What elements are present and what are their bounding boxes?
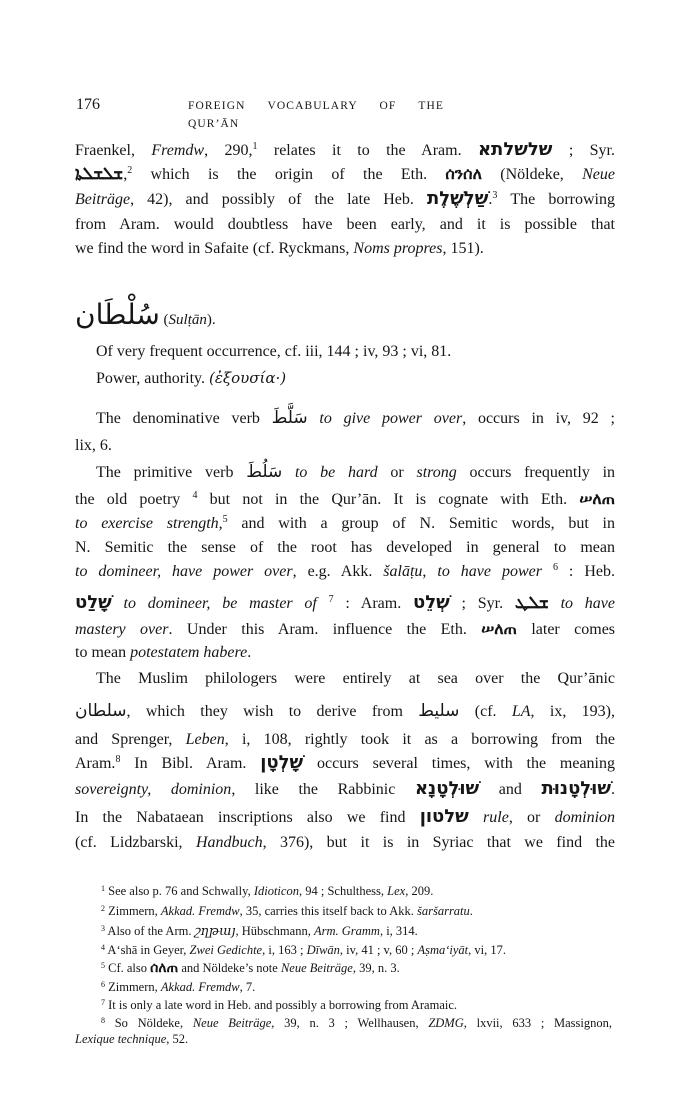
body-line: Of very frequent occurrence, cf. iii, 14… — [96, 341, 615, 363]
italic-text: Aṣma‘iyāt — [417, 943, 468, 957]
text-segment: or — [378, 464, 417, 481]
text-segment: . — [247, 644, 251, 661]
text-segment: The Muslim philologers were entirely at … — [96, 670, 615, 687]
text-segment: : Heb. — [558, 563, 615, 580]
text-segment — [549, 595, 561, 612]
footnote: 7 It is only a late word in Heb. and pos… — [101, 996, 612, 1014]
text-segment: In the Nabataean inscriptions also we fi… — [75, 809, 420, 826]
body-line: lix, 6. — [75, 435, 615, 457]
text-segment: , 376), but it is in Syriac that we find… — [263, 834, 615, 851]
footnote-ref: 4 — [192, 490, 197, 501]
italic-text: ZDMG — [428, 1016, 463, 1030]
italic-text: potestatem habere — [130, 644, 247, 661]
italic-text: sovereignty, dominion — [75, 781, 231, 798]
text-segment: N. Semitic the sense of the root has dev… — [75, 539, 615, 556]
text-segment: occurs several times, with the meaning — [303, 755, 615, 772]
footnote-ref: 1 — [252, 141, 257, 152]
arabic-word: سليط — [418, 701, 459, 721]
text-segment: lix, 6. — [75, 437, 112, 454]
hebrew-word: שַׁלְשֶׁלֶת — [427, 188, 488, 209]
footnote-number: 7 — [101, 998, 105, 1007]
greek-word: (ἐξουσία·) — [209, 369, 286, 387]
text-segment: , 39, n. 3. — [353, 961, 400, 975]
text-segment: which is the origin of the Eth. — [132, 166, 445, 183]
italic-text: Akkad. Fremdw — [161, 980, 240, 994]
text-segment — [112, 595, 124, 612]
footnote-number: 6 — [101, 980, 105, 989]
footnote-number: 8 — [101, 1016, 105, 1025]
body-line: (cf. Lidzbarski, Handbuch, 376), but it … — [75, 832, 615, 854]
arabic-word: سلطان — [75, 701, 126, 721]
body-line: Aram.8 In Bibl. Aram. שָׁלְטָן occurs se… — [75, 753, 615, 775]
text-segment: , 94 ; Schulthess, — [299, 884, 387, 898]
body-line: שָׁלַט to domineer, be master of 7 : Ara… — [75, 593, 615, 615]
body-line: Beiträge, 42), and possibly of the late … — [75, 189, 615, 211]
page-number: 176 — [76, 95, 100, 115]
text-segment: , 39, n. 3 ; Wellhausen, — [271, 1016, 428, 1030]
italic-text: Beiträge — [75, 191, 130, 208]
text-segment — [308, 410, 320, 427]
italic-text: strong — [417, 464, 457, 481]
footnote-ref: 2 — [127, 165, 132, 176]
body-line: Power, authority. (ἐξουσία·) — [96, 367, 615, 389]
text-segment: . Under this Aram. influence the Eth. — [169, 621, 482, 638]
text-segment: , i, 314. — [380, 924, 418, 938]
text-segment: , i, 163 ; — [262, 943, 306, 957]
hebrew-word: שׁוּלְטָנוּת — [541, 778, 611, 799]
text-segment: ( — [160, 312, 169, 328]
italic-text: LA — [512, 703, 531, 720]
italic-text: Neue Beiträge — [281, 961, 353, 975]
footnote-number: 4 — [101, 943, 105, 952]
italic-text: Fremdw — [151, 142, 204, 159]
text-segment: we find the word in Safaite (cf. Ryckman… — [75, 240, 353, 257]
text-segment: It is only a late word in Heb. and possi… — [105, 998, 457, 1012]
body-line: the old poetry 4 but not in the Qur’ān. … — [75, 489, 615, 511]
body-line: from Aram. would doubtless have been ear… — [75, 214, 615, 236]
text-segment: , ix, 193), — [531, 703, 615, 720]
hebrew-word: שָׁלַט — [75, 592, 112, 613]
body-line: ܫܠܫܠܬܐ,2 which is the origin of the Eth.… — [75, 164, 615, 186]
footnote-ref: 3 — [492, 190, 497, 201]
footnote: 3 Also of the Arm. շղթայ, Hübschmann, Ar… — [101, 922, 612, 940]
text-segment: Of very frequent occurrence, cf. iii, 14… — [96, 343, 451, 360]
text-segment: Aram. — [75, 755, 115, 772]
footnote: 2 Zimmern, Akkad. Fremdw, 35, carries th… — [101, 902, 612, 920]
syriac-word: ܫܠܫܠܬܐ — [75, 164, 123, 184]
text-segment: Power, authority. — [96, 370, 209, 387]
body-line: to domineer, have power over, e.g. Akk. … — [75, 561, 615, 583]
italic-text: to have — [561, 595, 615, 612]
footnote-number: 1 — [101, 884, 105, 893]
text-segment: , which they wish to derive from — [126, 703, 418, 720]
arabic-word: سَلَّطَ — [272, 408, 308, 428]
body-line: to exercise strength,5 and with a group … — [75, 513, 615, 535]
text-segment: (Nöldeke, — [482, 166, 582, 183]
text-segment: Zimmern, — [105, 904, 161, 918]
text-segment: and with a group of N. Semitic words, bu… — [228, 515, 615, 532]
italic-text: to have power — [437, 563, 553, 580]
running-head: FOREIGN VOCABULARY OF THE QUR’ĀN — [188, 97, 444, 133]
entry-heading: سُلْطَان (Sulṭān). — [75, 298, 216, 332]
body-line: we find the word in Safaite (cf. Ryckman… — [75, 238, 615, 260]
body-line: N. Semitic the sense of the root has dev… — [75, 537, 615, 559]
footnote-ref: 6 — [553, 562, 558, 573]
text-segment: later comes — [517, 621, 615, 638]
text-segment: So Nöldeke, — [105, 1016, 193, 1030]
italic-text: Lexique technique — [75, 1032, 166, 1046]
hebrew-word: שלטון — [420, 806, 469, 827]
italic-text: rule — [483, 809, 509, 826]
body-line: The Muslim philologers were entirely at … — [96, 668, 615, 690]
hebrew-word: שְׁלֵט — [413, 592, 450, 613]
footnote: 4 A‘shā in Geyer, Zwei Gedichte, i, 163 … — [101, 941, 612, 959]
text-segment: Zimmern, — [105, 980, 161, 994]
body-line: Fraenkel, Fremdw, 290,1 relates it to th… — [75, 140, 615, 162]
hebrew-word: שׁוּלְטָנָא — [415, 778, 479, 799]
arabic-word: سَلُطَ — [246, 462, 282, 482]
text-segment: Also of the Arm. — [105, 924, 195, 938]
text-segment — [469, 809, 483, 826]
text-segment: Cf. also — [105, 961, 150, 975]
text-segment: from Aram. would doubtless have been ear… — [75, 216, 615, 233]
text-segment: ). — [207, 312, 216, 328]
body-line: The primitive verb سَلُطَ to be hard or … — [96, 462, 615, 484]
text-segment — [282, 464, 295, 481]
text-segment: , i, 108, rightly took it as a borrowing… — [225, 731, 615, 748]
text-segment: : Aram. — [334, 595, 413, 612]
text-segment: and Sprenger, — [75, 731, 186, 748]
text-segment: . — [611, 781, 615, 798]
text-segment: , e.g. Akk. — [293, 563, 384, 580]
text-segment: The primitive verb — [96, 464, 246, 481]
italic-text: šaršarratu — [417, 904, 470, 918]
arabic-headword: سُلْطَان — [75, 298, 160, 331]
footnote: 6 Zimmern, Akkad. Fremdw, 7. — [101, 978, 612, 996]
text-segment: , lxvii, 633 ; Massignon, — [464, 1016, 612, 1030]
text-segment: , Hübschmann, — [235, 924, 313, 938]
text-segment: , 42), and possibly of the late Heb. — [130, 191, 427, 208]
text-segment: , vi, 17. — [468, 943, 506, 957]
text-segment: In Bibl. Aram. — [120, 755, 260, 772]
syriac-word: ܫܠܛ — [515, 593, 549, 613]
ethiopic-word: ሰንሰለ — [445, 164, 482, 183]
italic-text: Noms propres — [353, 240, 442, 257]
italic-text: dominion — [555, 809, 615, 826]
text-segment: . — [470, 904, 473, 918]
text-segment: The denominative verb — [96, 410, 272, 427]
text-segment: , 209. — [405, 884, 433, 898]
footnote-ref: 8 — [115, 754, 120, 765]
text-segment: , 290, — [204, 142, 252, 159]
italic-text: mastery over — [75, 621, 169, 638]
italic-text: to be hard — [295, 464, 378, 481]
text-segment: , 52. — [166, 1032, 188, 1046]
text-segment: , occurs in iv, 92 ; — [462, 410, 615, 427]
italic-text: šalāṭu — [383, 563, 422, 580]
footnote-ref: 7 — [329, 594, 334, 605]
text-segment: Fraenkel, — [75, 142, 151, 159]
italic-text: Handbuch — [196, 834, 263, 851]
text-segment: , like the Rabbinic — [231, 781, 415, 798]
body-line: سلطان, which they wish to derive from سل… — [75, 701, 615, 723]
italic-text: Lex — [387, 884, 405, 898]
italic-text: Arm. Gramm — [314, 924, 380, 938]
text-segment: See also p. 76 and Schwally, — [105, 884, 254, 898]
body-line: In the Nabataean inscriptions also we fi… — [75, 807, 615, 829]
text-segment: (cf. — [459, 703, 511, 720]
text-segment: the old poetry — [75, 491, 192, 508]
text-segment: The borrowing — [497, 191, 615, 208]
text-segment: , or — [509, 809, 555, 826]
text-segment: , iv, 41 ; v, 60 ; — [340, 943, 418, 957]
body-line: and Sprenger, Leben, i, 108, rightly too… — [75, 729, 615, 751]
body-line: sovereignty, dominion, like the Rabbinic… — [75, 779, 615, 801]
ethiopic-word: ሰለጠ — [150, 960, 178, 976]
footnote-number: 2 — [101, 904, 105, 913]
text-segment: occurs frequently in — [457, 464, 615, 481]
text-segment: , 35, carries this itself back to Akk. — [240, 904, 417, 918]
body-line: The denominative verb سَلَّطَ to give po… — [96, 408, 615, 430]
footnote: 5 Cf. also ሰለጠ and Nöldeke’s note Neue B… — [101, 959, 612, 977]
transliteration: Sulṭān — [169, 312, 207, 328]
text-segment: relates it to the Aram. — [257, 142, 477, 159]
italic-text: to give power over — [319, 410, 462, 427]
text-segment: ; Syr. — [450, 595, 515, 612]
text-segment: , — [422, 563, 437, 580]
armenian-word: շղթայ — [195, 924, 236, 939]
text-segment: A‘shā in Geyer, — [105, 943, 190, 957]
text-segment: but not in the Qur’ān. It is cognate wit… — [197, 491, 579, 508]
italic-text: Akkad. Fremdw — [161, 904, 240, 918]
body-line: mastery over. Under this Aram. influence… — [75, 619, 615, 641]
footnote-number: 5 — [101, 961, 105, 970]
italic-text: Neue Beiträge — [193, 1016, 271, 1030]
italic-text: Idioticon — [254, 884, 299, 898]
italic-text: Neue — [582, 166, 615, 183]
text-segment: to mean — [75, 644, 130, 661]
text-segment: and Nöldeke’s note — [178, 961, 281, 975]
text-segment: ; Syr. — [552, 142, 615, 159]
italic-text: to domineer, have power over — [75, 563, 293, 580]
italic-text: Zwei Gedichte — [190, 943, 263, 957]
italic-text: Leben — [186, 731, 225, 748]
text-segment: (cf. Lidzbarski, — [75, 834, 196, 851]
text-segment: , 7. — [240, 980, 256, 994]
footnote-ref: 5 — [223, 514, 228, 525]
hebrew-word: שָׁלְטָן — [260, 752, 303, 773]
hebrew-word: שלשלתא — [478, 139, 552, 160]
footnote-continuation: Lexique technique, 52. — [75, 1030, 612, 1048]
italic-text: to exercise strength, — [75, 515, 223, 532]
text-segment: and — [479, 781, 541, 798]
footnote-number: 3 — [101, 924, 105, 933]
italic-text: Dīwān — [307, 943, 340, 957]
footnote: 1 See also p. 76 and Schwally, Idioticon… — [101, 882, 612, 900]
ethiopic-word: ሠለጠ — [579, 489, 615, 508]
text-segment: , 151). — [442, 240, 483, 257]
ethiopic-word: ሠለጠ — [481, 619, 517, 638]
body-line: to mean potestatem habere. — [75, 642, 615, 664]
italic-text: to domineer, be master of — [124, 595, 329, 612]
